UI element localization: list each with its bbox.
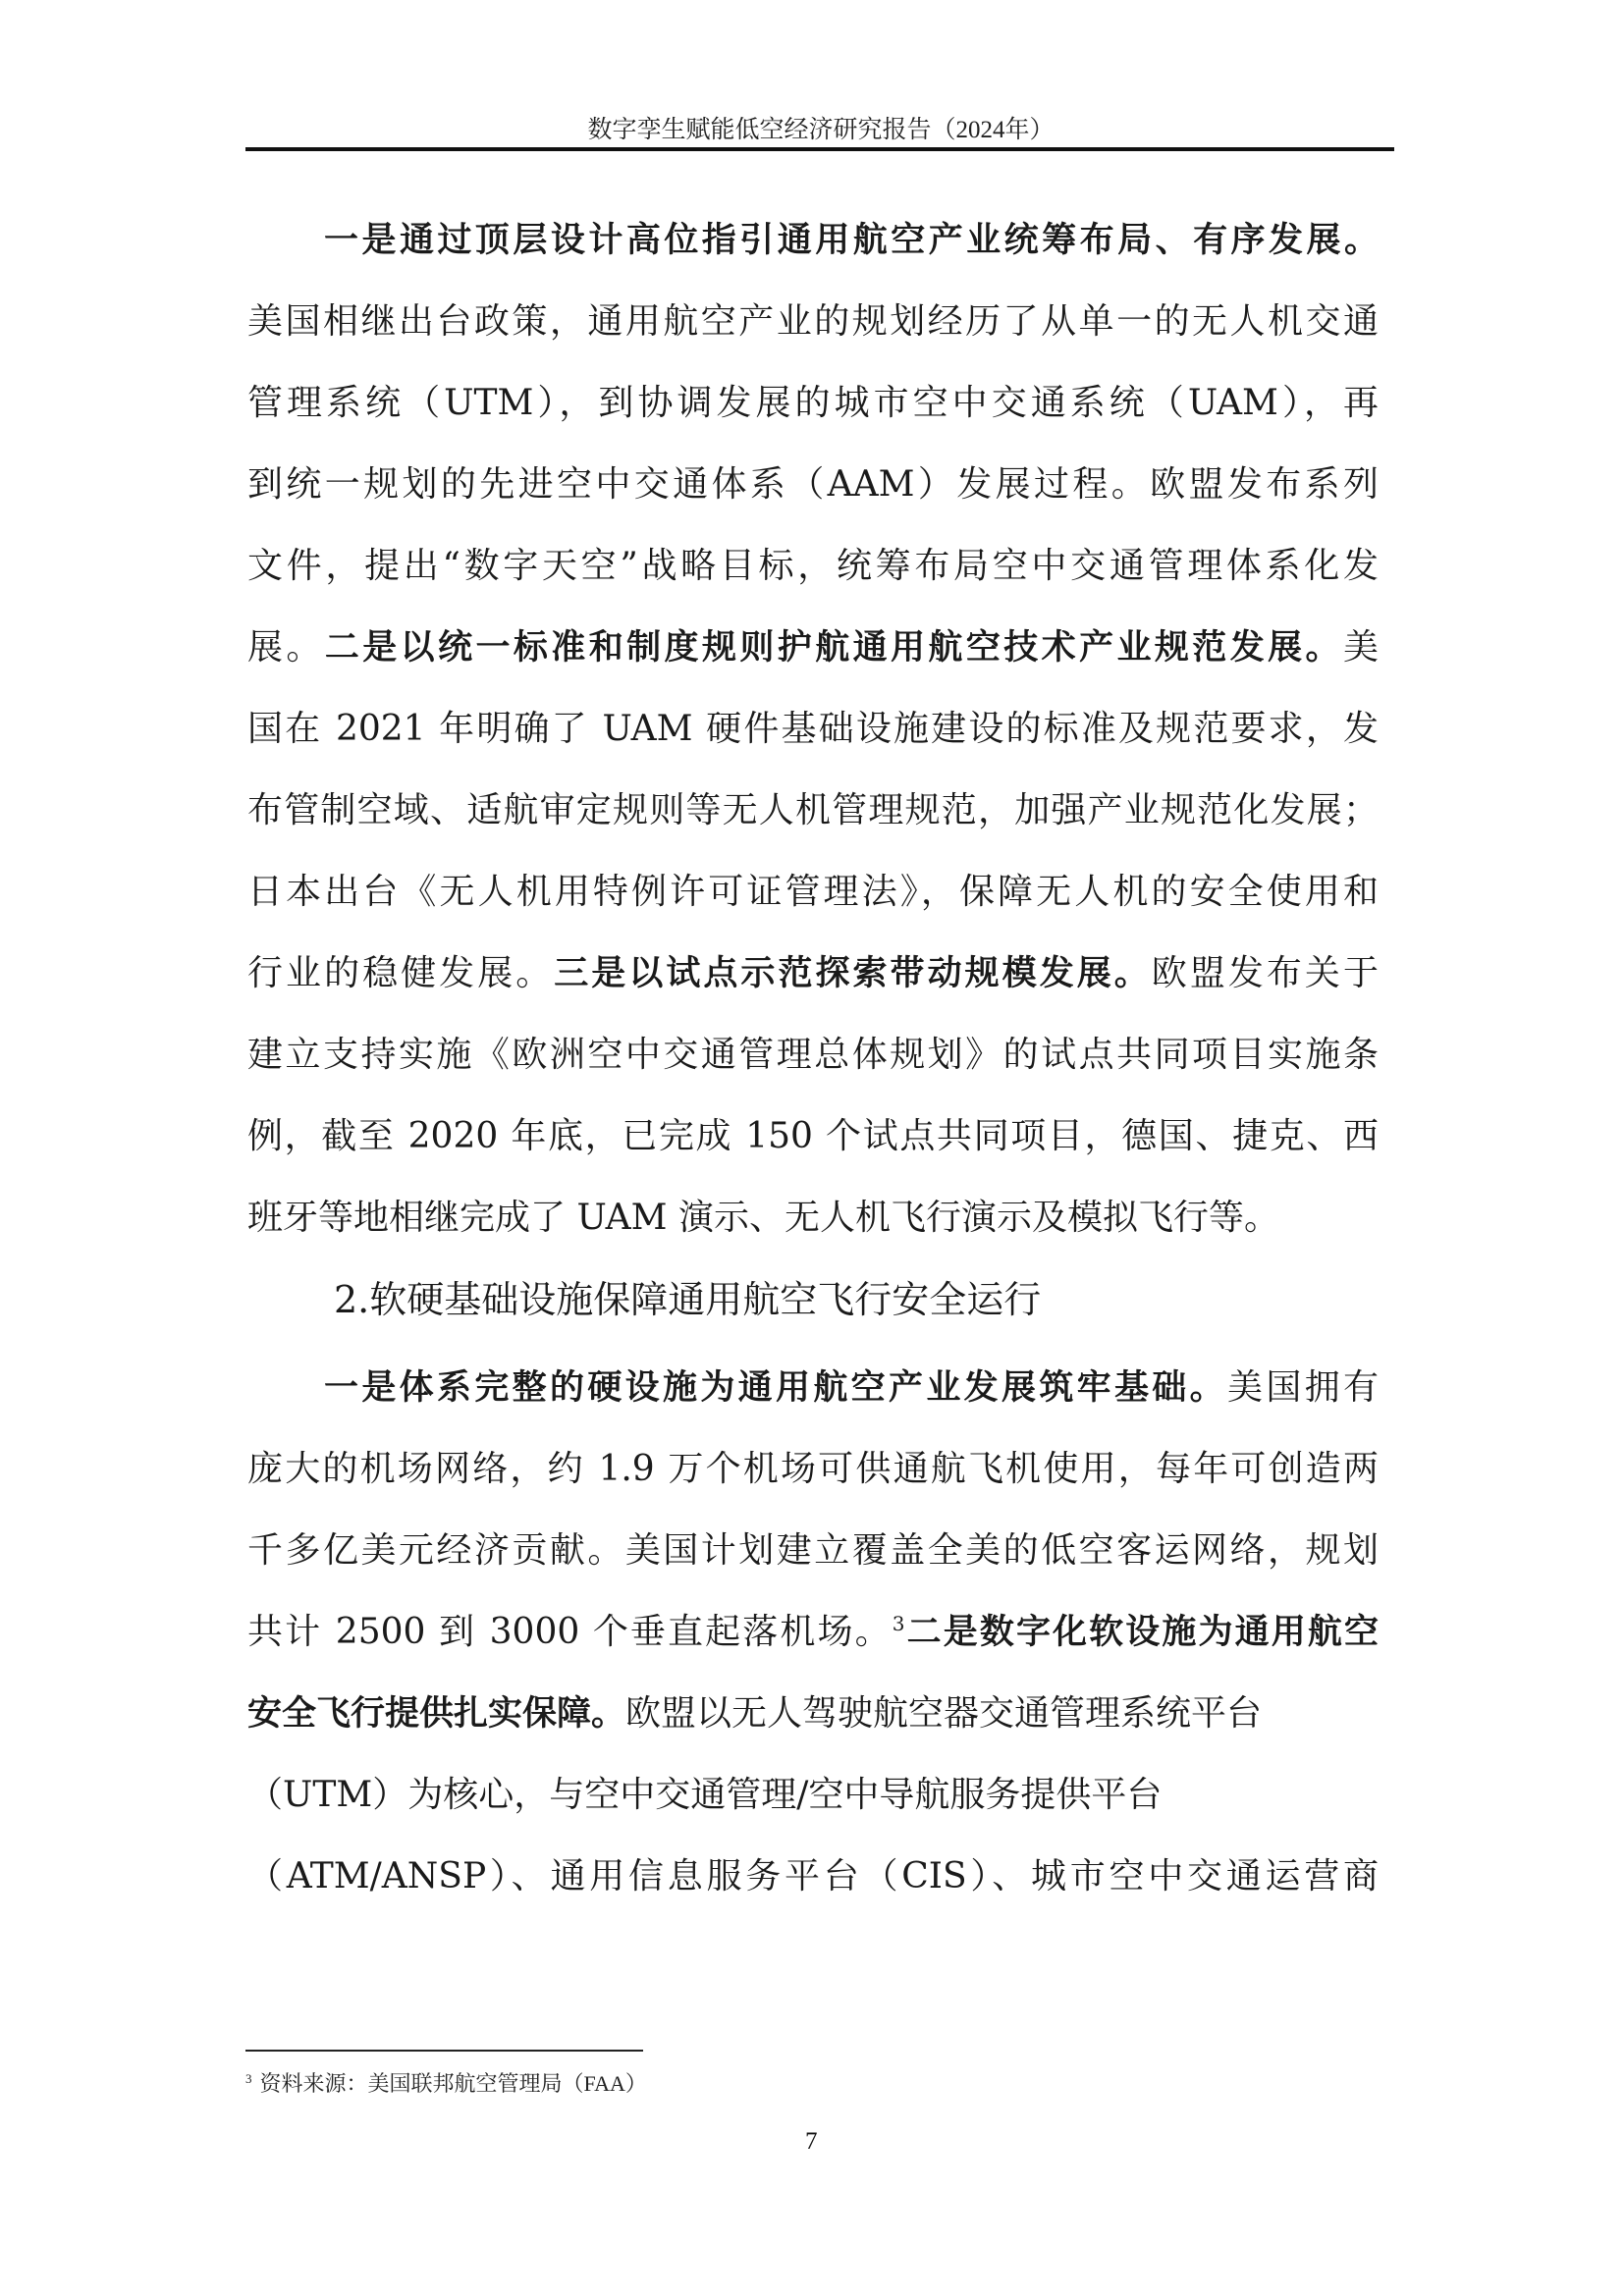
paragraph-line: 美国相继出台政策，通用航空产业的规划经历了从单一的无人机交通 — [247, 297, 1379, 379]
text-run: 行业的稳健发展。 — [247, 953, 554, 993]
paragraph-line: 庞大的机场网络，约 1.9 万个机场可供通航飞机使用，每年可创造两 — [247, 1445, 1379, 1526]
header-divider — [245, 147, 1394, 151]
paragraph-line: 布管制空域、适航审定规则等无人机管理规范，加强产业规范化发展； — [247, 786, 1379, 868]
paragraph-line: 展。二是以统一标准和制度规则护航通用航空技术产业规范发展。美 — [247, 623, 1379, 705]
section-heading: 2.软硬基础设施保障通用航空飞行安全运行 — [247, 1275, 1379, 1363]
paragraph-line: （ATM/ANSP）、通用信息服务平台（CIS）、城市空中交通运营商 — [247, 1852, 1379, 1934]
paragraph-line: 行业的稳健发展。三是以试点示范探索带动规模发展。欧盟发布关于 — [247, 949, 1379, 1031]
bold-lead: 一是体系完整的硬设施为通用航空产业发展筑牢基础。 — [324, 1368, 1227, 1408]
footnote-marker: 3 — [245, 2071, 252, 2086]
paragraph-line: 例，截至 2020 年底，已完成 150 个试点共同项目，德国、捷克、西 — [247, 1112, 1379, 1194]
bold-lead: 二是数字化软设施为通用航空 — [904, 1613, 1379, 1652]
text-run: 展。 — [247, 627, 325, 667]
paragraph-line: 到统一规划的先进空中交通体系（AAM）发展过程。欧盟发布系列 — [247, 460, 1379, 542]
paragraph-line: 班牙等地相继完成了 UAM 演示、无人机飞行演示及模拟飞行等。 — [247, 1194, 1379, 1275]
paragraph-line: 一是通过顶层设计高位指引通用航空产业统筹布局、有序发展。 — [247, 216, 1379, 297]
text-run: 共计 2500 到 3000 个垂直起落机场。 — [247, 1612, 893, 1652]
bold-lead: 一是通过顶层设计高位指引通用航空产业统筹布局、有序发展。 — [324, 221, 1379, 260]
footnote-text: 资料来源：美国联邦航空管理局（FAA） — [260, 2071, 647, 2096]
paragraph-line: （UTM）为核心，与空中交通管理/空中导航服务提供平台 — [247, 1771, 1379, 1852]
text-run: 美 — [1343, 627, 1379, 667]
document-body: 一是通过顶层设计高位指引通用航空产业统筹布局、有序发展。 美国相继出台政策，通用… — [247, 216, 1379, 1934]
footnote-divider — [245, 2050, 643, 2052]
paragraph-line: 安全飞行提供扎实保障。欧盟以无人驾驶航空器交通管理系统平台 — [247, 1689, 1379, 1771]
page-header-title: 数字孪生赋能低空经济研究报告（2024年） — [247, 110, 1394, 145]
footnote-reference[interactable]: 3 — [893, 1612, 905, 1635]
paragraph-line: 管理系统（UTM），到协调发展的城市空中交通系统（UAM），再 — [247, 379, 1379, 460]
paragraph-line: 共计 2500 到 3000 个垂直起落机场。3二是数字化软设施为通用航空 — [247, 1608, 1379, 1689]
bold-lead: 安全飞行提供扎实保障。 — [247, 1694, 625, 1734]
paragraph-line: 建立支持实施《欧洲空中交通管理总体规划》的试点共同项目实施条 — [247, 1031, 1379, 1112]
paragraph-line: 国在 2021 年明确了 UAM 硬件基础设施建设的标准及规范要求，发 — [247, 705, 1379, 786]
bold-lead: 三是以试点示范探索带动规模发展。 — [554, 954, 1152, 993]
text-run: 欧盟以无人驾驶航空器交通管理系统平台 — [625, 1693, 1262, 1734]
paragraph-line: 文件，提出“数字天空”战略目标，统筹布局空中交通管理体系化发 — [247, 542, 1379, 623]
footnote: 3资料来源：美国联邦航空管理局（FAA） — [245, 2067, 647, 2098]
text-run: 美国拥有 — [1227, 1367, 1379, 1408]
paragraph-line: 日本出台《无人机用特例许可证管理法》，保障无人机的安全使用和 — [247, 868, 1379, 949]
bold-lead: 二是以统一标准和制度规则护航通用航空技术产业规范发展。 — [325, 628, 1343, 667]
text-run: 欧盟发布关于 — [1152, 953, 1379, 993]
page-number: 7 — [805, 2128, 818, 2156]
paragraph-line: 千多亿美元经济贡献。美国计划建立覆盖全美的低空客运网络，规划 — [247, 1526, 1379, 1608]
paragraph-line: 一是体系完整的硬设施为通用航空产业发展筑牢基础。美国拥有 — [247, 1363, 1379, 1445]
